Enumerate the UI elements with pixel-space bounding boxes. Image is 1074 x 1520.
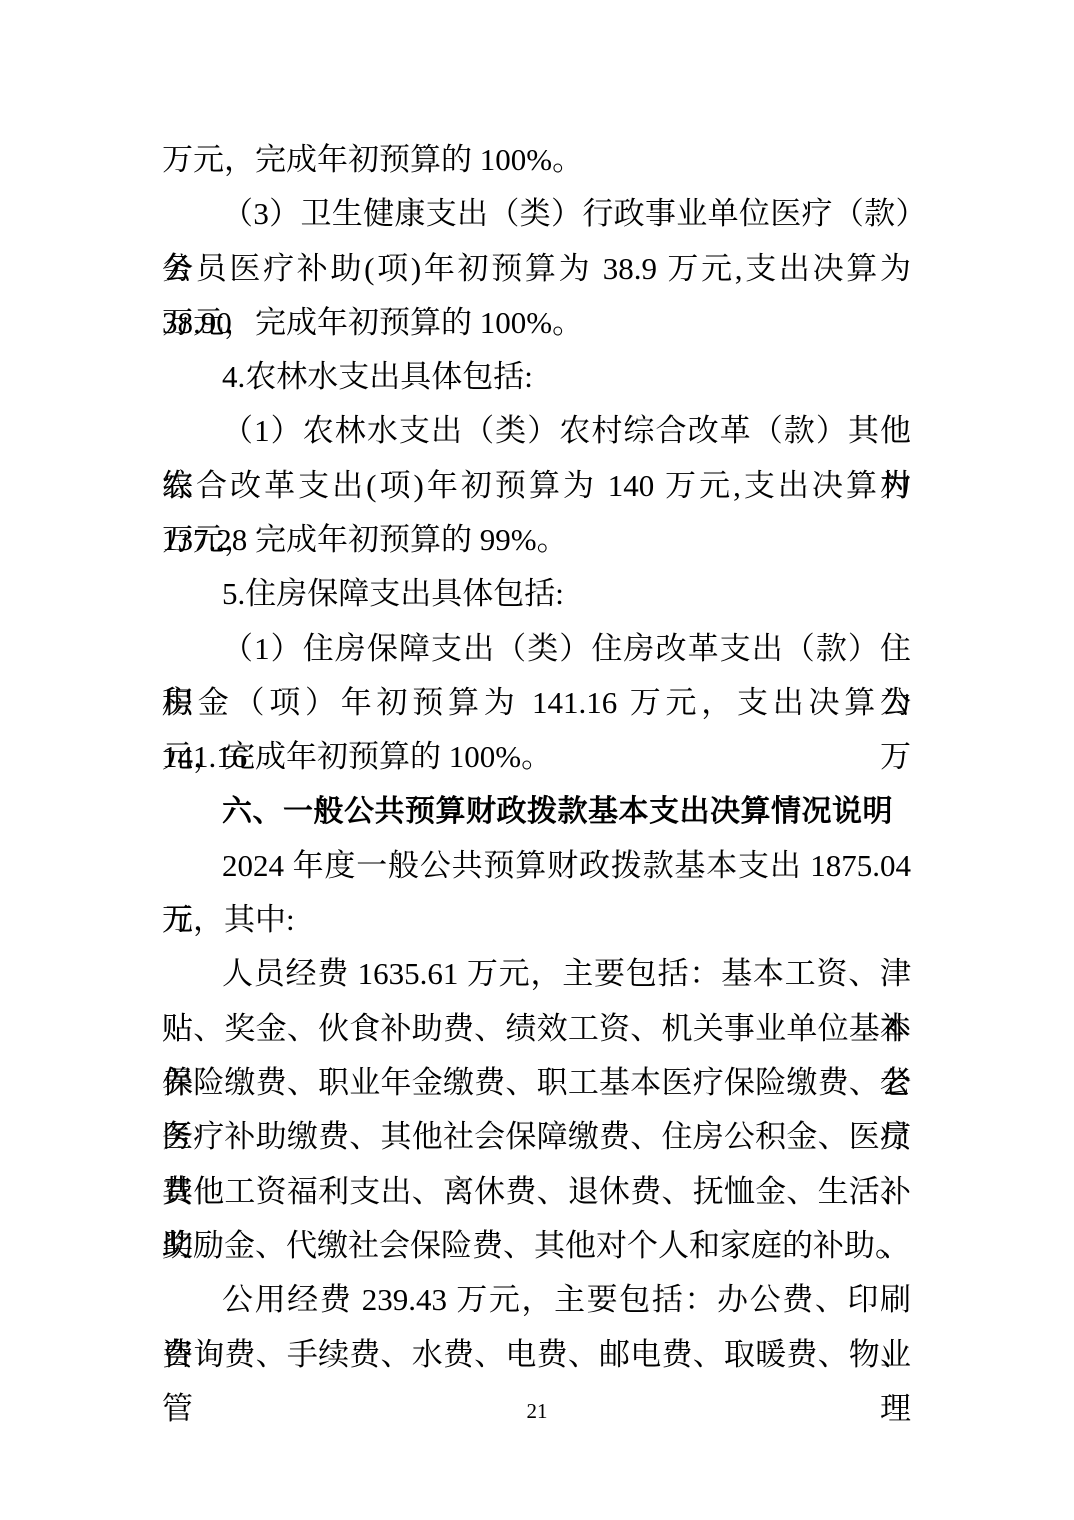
text-line: 务员医疗补助(项)年初预算为 38.9 万元,支出决算为 38.90 [162, 242, 911, 296]
text-line: 贴、奖金、伙食补助费、绩效工资、机关事业单位基本养老 [162, 1002, 911, 1056]
text-line: （1）农林水支出（类）农村综合改革（款）其他农村 [162, 404, 911, 458]
text-line: 万元，完成年初预算的 99%。 [162, 513, 911, 567]
text-line: 其他工资福利支出、离休费、退休费、抚恤金、生活补助、 [162, 1165, 911, 1219]
page-number: 21 [0, 1399, 1074, 1424]
text-line: 人员经费 1635.61 万元，主要包括：基本工资、津贴补 [162, 947, 911, 1001]
document-page: 万元，完成年初预算的 100%。 （3）卫生健康支出（类）行政事业单位医疗（款）… [0, 0, 1074, 1520]
text-line: 万元，完成年初预算的 100%。 [162, 133, 911, 187]
text-line: 5.住房保障支出具体包括: [162, 567, 911, 621]
text-line: 综合改革支出(项)年初预算为 140 万元,支出决算为 137.28 [162, 459, 911, 513]
text-line: 公用经费 239.43 万元，主要包括：办公费、印刷费、 [162, 1273, 911, 1327]
text-line: 咨询费、手续费、水费、电费、邮电费、取暖费、物业管理 [162, 1328, 911, 1382]
text-line: 元，其中: [162, 893, 911, 947]
text-line: 万元，完成年初预算的 100%。 [162, 296, 911, 350]
text-line: 医疗补助缴费、其他社会保障缴费、住房公积金、医疗费、 [162, 1110, 911, 1164]
section-heading: 六、一般公共预算财政拨款基本支出决算情况说明 [162, 785, 911, 839]
text-line: 保险缴费、职业年金缴费、职工基本医疗保险缴费、公务员 [162, 1056, 911, 1110]
text-line: 奖励金、代缴社会保险费、其他对个人和家庭的补助。 [162, 1219, 911, 1273]
text-line: 2024 年度一般公共预算财政拨款基本支出 1875.04 万 [162, 839, 911, 893]
document-body: 万元，完成年初预算的 100%。 （3）卫生健康支出（类）行政事业单位医疗（款）… [162, 133, 911, 1382]
text-line: 4.农林水支出具体包括: [162, 350, 911, 404]
text-line: （3）卫生健康支出（类）行政事业单位医疗（款）公 [162, 187, 911, 241]
text-line: （1）住房保障支出（类）住房改革支出（款）住房公 [162, 622, 911, 676]
text-line: 积金（项）年初预算为 141.16 万元，支出决算为 141.16 万 [162, 676, 911, 730]
